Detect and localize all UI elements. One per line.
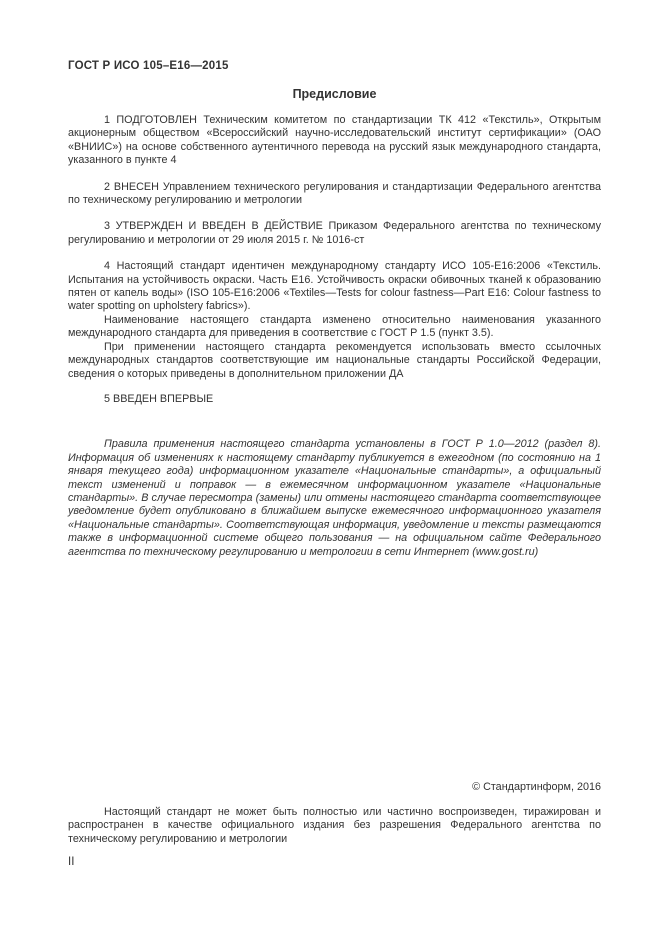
foreword-item-2: 2 ВНЕСЕН Управлением технического регули…: [68, 181, 601, 208]
foreword-item-1: 1 ПОДГОТОВЛЕН Техническим комитетом по с…: [68, 114, 601, 168]
copyright-notice: © Стандартинформ, 2016: [472, 781, 601, 793]
page-number: II: [68, 856, 74, 868]
foreword-item-4-note-1: Наименование настоящего стандарта измене…: [68, 314, 601, 341]
application-rules-note: Правила применения настоящего стандарта …: [68, 438, 601, 559]
page-content: ГОСТ Р ИСО 105–Е16—2015 Предисловие 1 ПО…: [68, 60, 601, 559]
document-page: ГОСТ Р ИСО 105–Е16—2015 Предисловие 1 ПО…: [0, 0, 661, 935]
foreword-item-4-note-2: При применении настоящего стандарта реко…: [68, 341, 601, 381]
reproduction-restriction: Настоящий стандарт не может быть полност…: [68, 806, 601, 846]
standard-designation: ГОСТ Р ИСО 105–Е16—2015: [68, 60, 601, 72]
foreword-item-5: 5 ВВЕДЕН ВПЕРВЫЕ: [68, 393, 601, 406]
foreword-item-3: 3 УТВЕРЖДЕН И ВВЕДЕН В ДЕЙСТВИЕ Приказом…: [68, 220, 601, 247]
page-title: Предисловие: [68, 87, 601, 101]
foreword-item-4: 4 Настоящий стандарт идентичен междунаро…: [68, 260, 601, 314]
